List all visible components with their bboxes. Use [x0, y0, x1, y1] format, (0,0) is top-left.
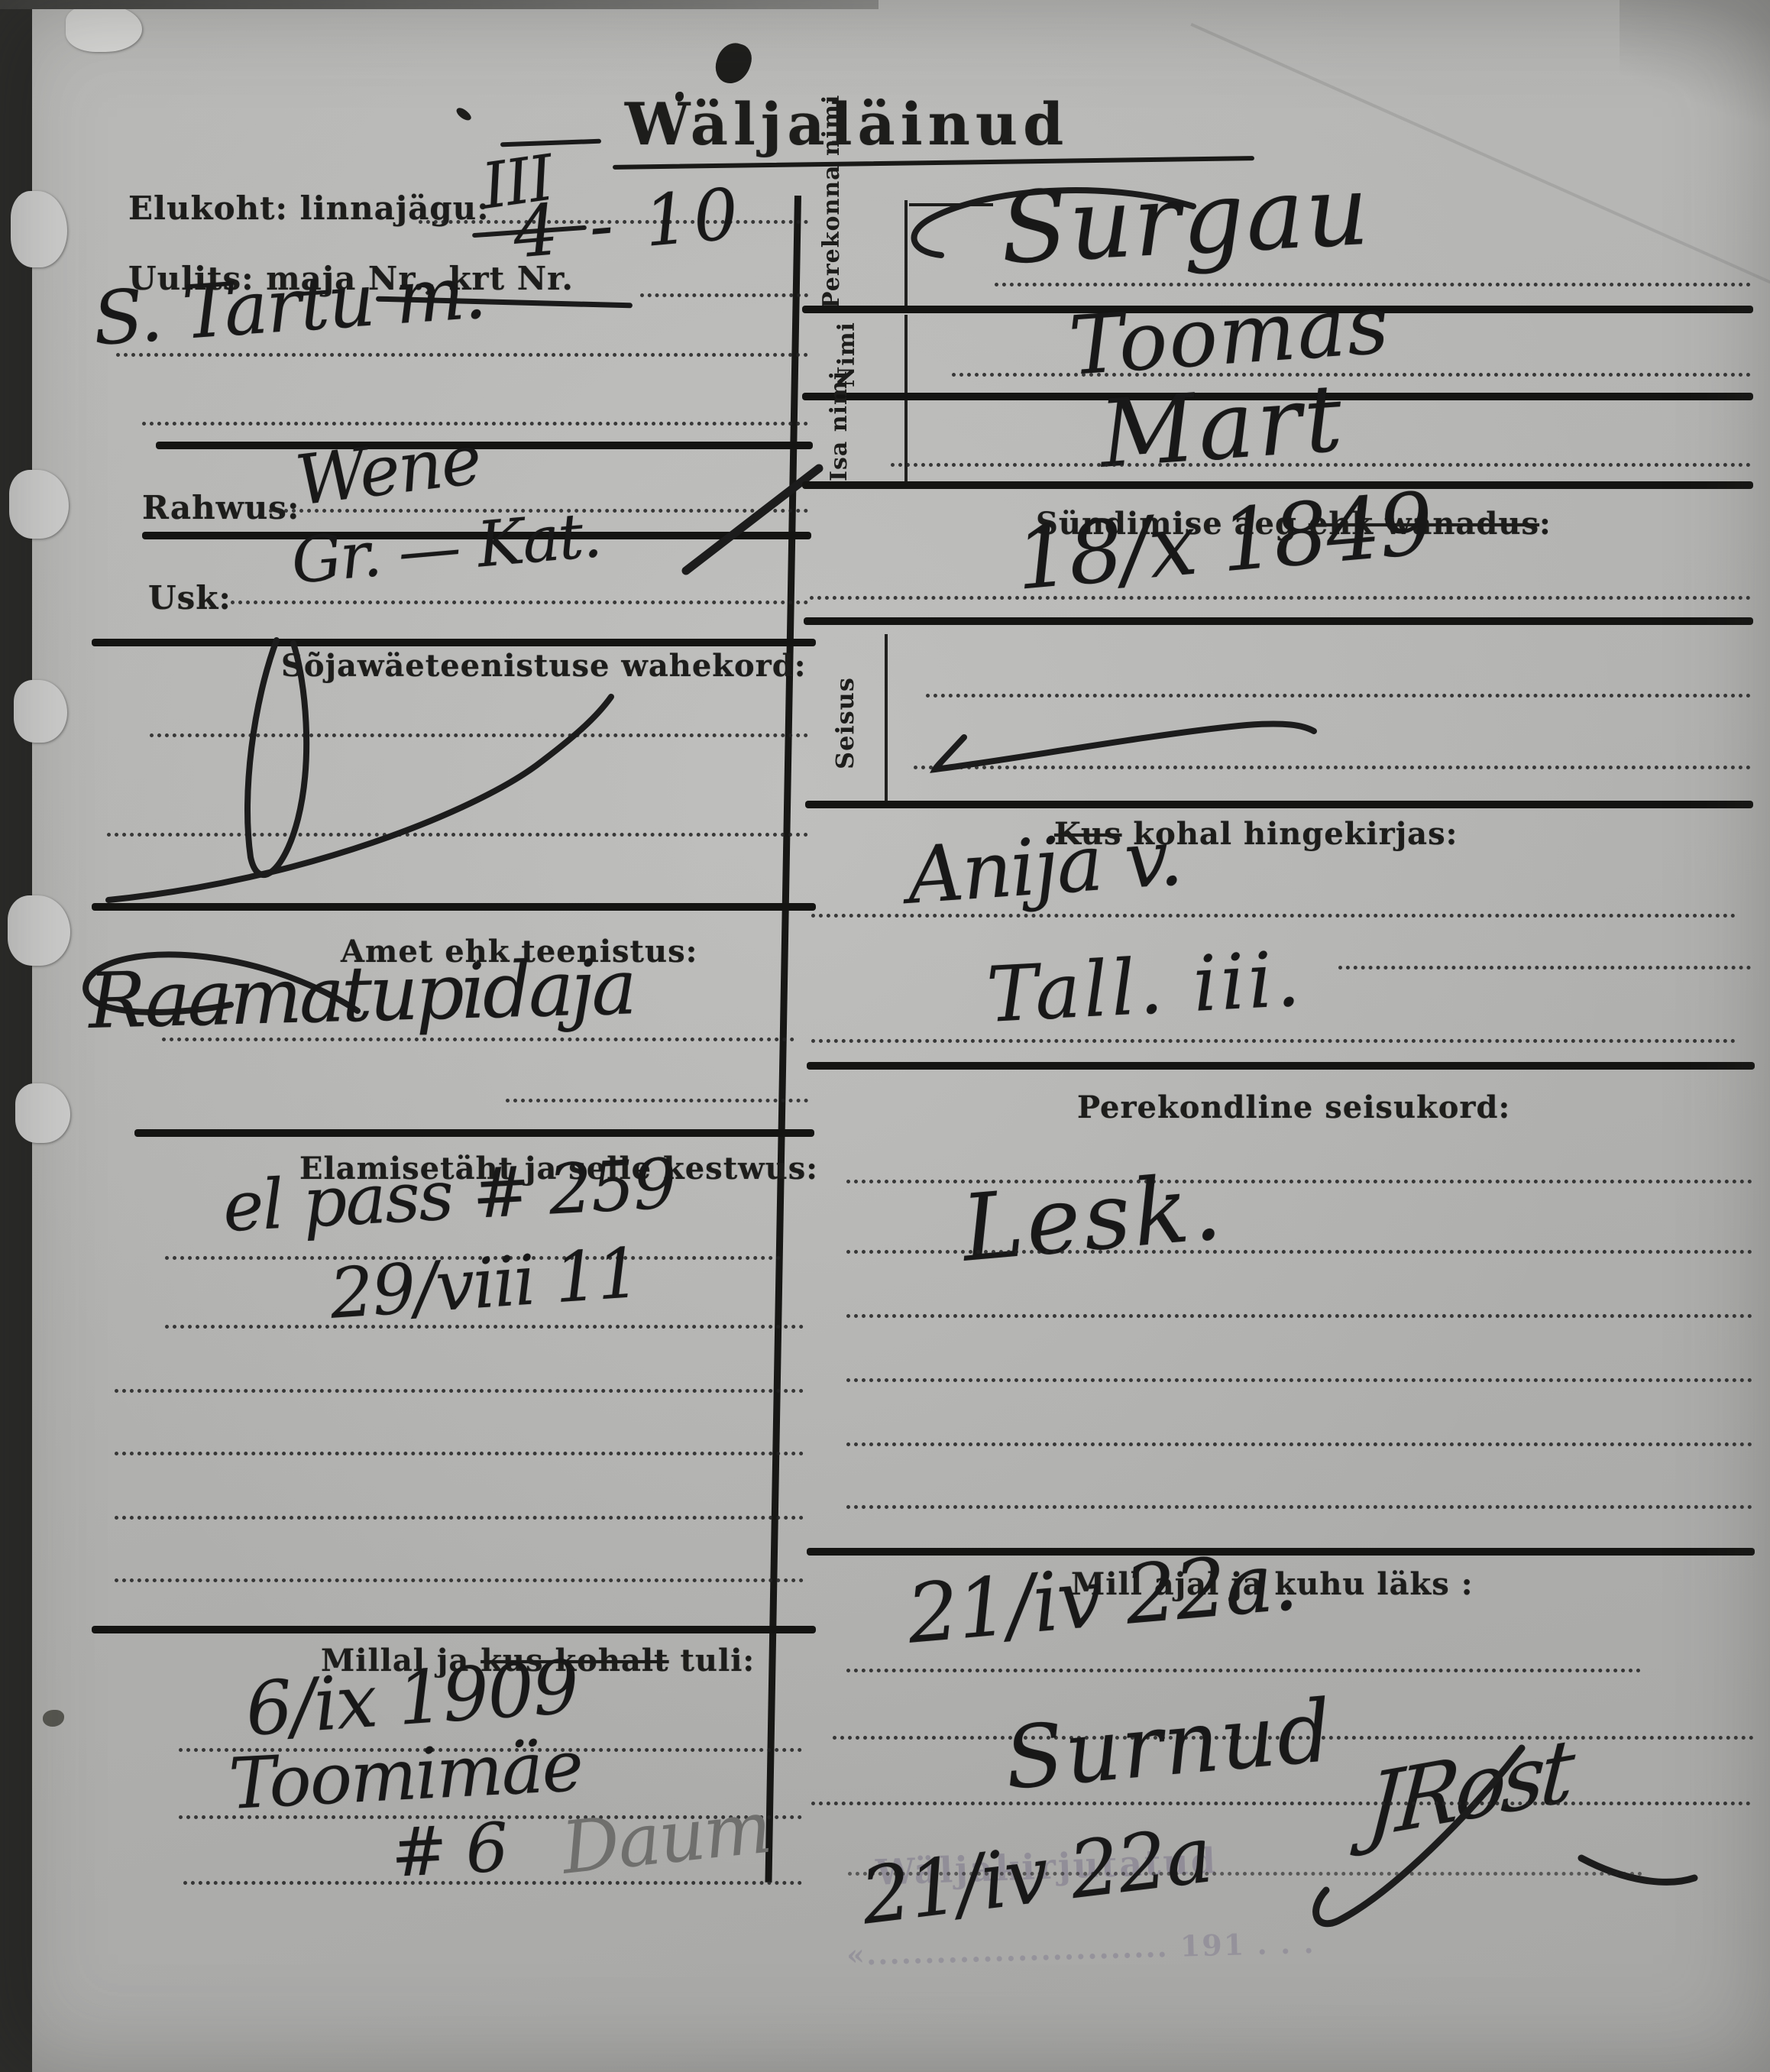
- dotted-line: [846, 1505, 1752, 1509]
- section-rule: [156, 442, 813, 449]
- dotted-line: [115, 1452, 804, 1455]
- field-label-usk: Usk:: [148, 579, 231, 617]
- torn-edge-fragment: [14, 680, 67, 743]
- empty-field-flourish: [76, 626, 764, 932]
- dotted-line: [231, 601, 808, 604]
- vertical-label-perekonna-nimi: Perekonna nimi: [819, 197, 846, 309]
- dotted-line: [891, 463, 1751, 467]
- dotted-line: [811, 914, 1736, 918]
- label-divider-line: [904, 315, 908, 393]
- dotted-line: [810, 596, 1751, 600]
- page-title: Wäljaläinud: [625, 90, 1069, 158]
- dotted-line: [846, 1669, 1641, 1672]
- torn-edge-fragment: [11, 191, 67, 267]
- perekondline-value: Lesk.: [958, 1154, 1228, 1282]
- dotted-line: [846, 1378, 1752, 1382]
- hingekiri-value-line1: Anija v.: [904, 812, 1184, 922]
- dotted-line: [811, 1802, 1751, 1805]
- elamisetaht-value-line1: el pass # 259: [221, 1144, 677, 1248]
- dotted-line: [811, 1039, 1736, 1043]
- dotted-line: [1338, 966, 1751, 970]
- torn-edge-fragment: [9, 470, 69, 539]
- scanner-edge: [0, 0, 32, 2072]
- dotted-line: [115, 1578, 804, 1582]
- dotted-line: [846, 1442, 1752, 1446]
- dotted-line: [506, 1099, 808, 1102]
- ink-speck: [455, 105, 473, 123]
- sundimine-value: 18/x 1849: [1011, 474, 1435, 610]
- empty-field-flourish: [917, 707, 1344, 791]
- paper-corner-shadow: [1620, 0, 1770, 183]
- isa-nimi-value: Mart: [1096, 364, 1348, 489]
- pen-flourish: [672, 455, 840, 584]
- label-part: tuli:: [669, 1643, 756, 1679]
- vertical-label-seisus: Seisus: [831, 651, 859, 796]
- label-part: :: [1539, 506, 1552, 542]
- laks-date-over-stamp: 21/iv 22a: [856, 1809, 1216, 1942]
- tuli-value-line2: Toomimäe: [227, 1725, 584, 1825]
- signature-flourish: [1253, 1727, 1726, 1956]
- rahwus-value: Wene: [292, 419, 485, 522]
- scanned-document: Wäljaläinud Elukoht: linnajägu: III 4 - …: [0, 0, 1770, 2072]
- torn-edge-fragment: [15, 1083, 70, 1143]
- dotted-line: [115, 1389, 804, 1393]
- tuli-value-line3: # 6: [389, 1808, 509, 1892]
- dotted-line: [115, 1516, 804, 1520]
- section-rule: [92, 903, 816, 911]
- vertical-label-isa-nimi: Isa nimi: [827, 400, 853, 481]
- dotted-line: [846, 1250, 1752, 1254]
- section-rule: [807, 1062, 1755, 1070]
- elamisetaht-value-line2: 29/viii 11: [327, 1233, 642, 1335]
- label-divider-line: [904, 400, 908, 481]
- hingekiri-value-line2: Tall. iii.: [985, 934, 1305, 1039]
- perekonna-nimi-value: Surgau: [998, 154, 1373, 287]
- amet-value: Raamatupidaja: [87, 942, 635, 1046]
- ink-blot: [711, 39, 756, 89]
- field-label-perekondline: Perekondline seisukord:: [1077, 1089, 1510, 1125]
- field-label-rahwus: Rahwus:: [142, 489, 299, 526]
- torn-edge-fragment: [8, 895, 70, 966]
- section-rule: [92, 1626, 816, 1633]
- dotted-line: [183, 1881, 802, 1885]
- ink-speck: [43, 1710, 64, 1727]
- scan-top-edge: [0, 0, 879, 9]
- section-rule: [805, 801, 1753, 808]
- dotted-line: [846, 1314, 1752, 1318]
- section-rule: [134, 1129, 814, 1137]
- torn-corner-fragment: [66, 5, 142, 52]
- section-rule: [804, 617, 1753, 625]
- dotted-line: [952, 373, 1751, 377]
- label-divider-line: [885, 634, 888, 801]
- dotted-line: [640, 293, 808, 297]
- tuli-pencil-note: Daum: [558, 1786, 774, 1891]
- dotted-line: [165, 1325, 804, 1329]
- dotted-line: [926, 694, 1751, 698]
- dotted-line: [116, 353, 808, 357]
- dotted-line: [162, 1038, 794, 1041]
